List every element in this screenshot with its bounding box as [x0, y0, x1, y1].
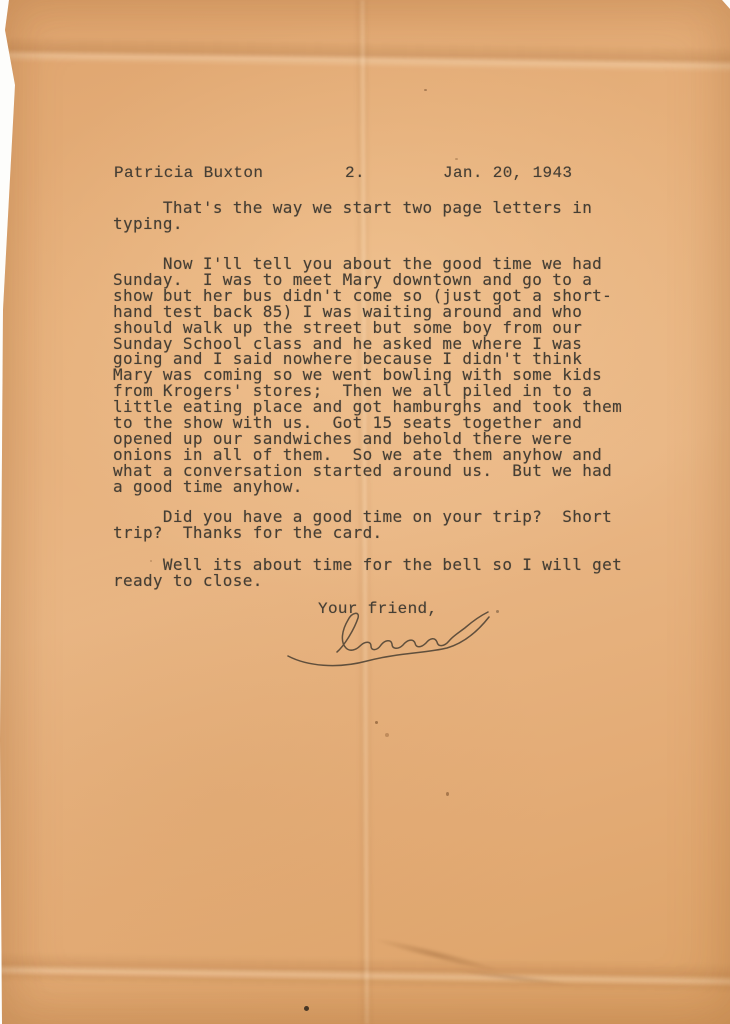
paper-speck	[446, 792, 449, 796]
fold-crease-bottom	[0, 952, 730, 994]
paper-speck	[455, 158, 458, 160]
paper-speck	[385, 733, 389, 737]
crease-wrinkle	[373, 934, 502, 975]
header-name: Patricia Buxton	[114, 166, 263, 182]
letter-paragraph-4: Well its about time for the bell so I wi…	[113, 557, 622, 589]
fold-crease-top	[0, 36, 730, 73]
letter-paragraph-2: Now I'll tell you about the good time we…	[113, 256, 622, 495]
letter-paper: Patricia Buxton 2. Jan. 20, 1943 That's …	[0, 0, 730, 1024]
crease-wrinkle	[455, 967, 575, 990]
letter-header: Patricia Buxton 2. Jan. 20, 1943	[0, 166, 730, 182]
paper-speck	[375, 721, 378, 724]
signature-letters	[337, 612, 488, 652]
paper-speck	[304, 1006, 309, 1011]
letter-paragraph-3: Did you have a good time on your trip? S…	[113, 509, 612, 541]
header-page-number: 2.	[345, 166, 365, 182]
header-date: Jan. 20, 1943	[443, 166, 572, 182]
paper-speck	[424, 89, 427, 91]
letter-paragraph-1: That's the way we start two page letters…	[113, 200, 592, 232]
handwritten-signature	[282, 606, 510, 674]
scanner-background: Patricia Buxton 2. Jan. 20, 1943 That's …	[0, 0, 730, 1024]
